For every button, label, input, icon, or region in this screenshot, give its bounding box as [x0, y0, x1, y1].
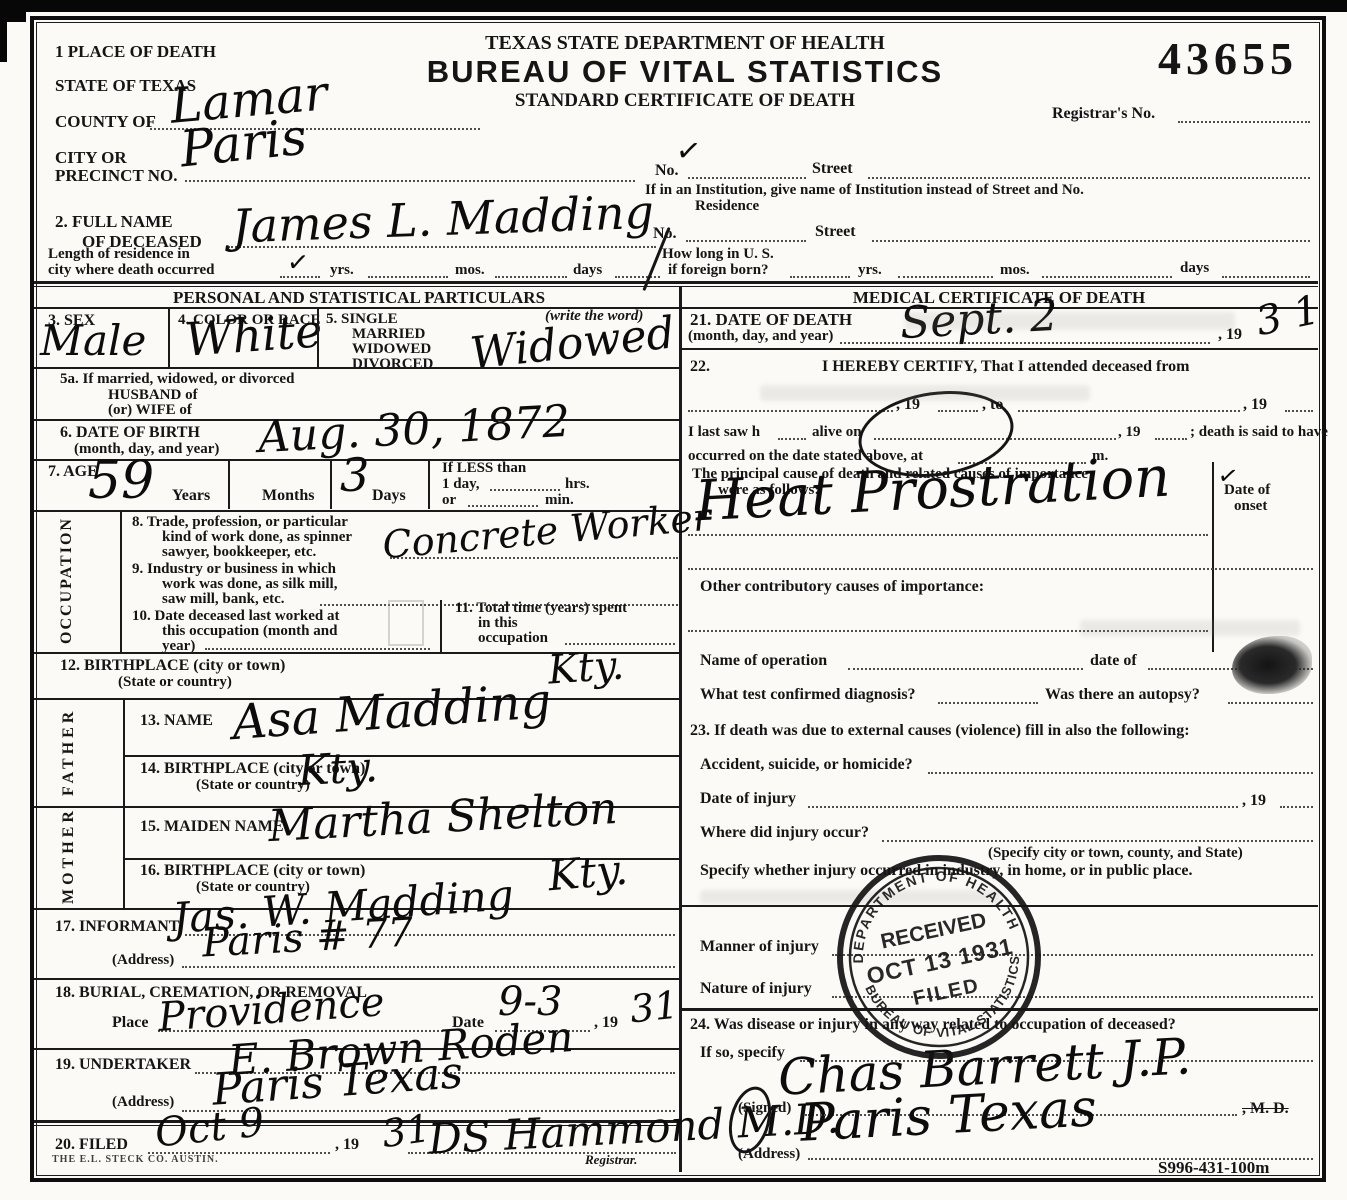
cell-divider-1 — [168, 309, 170, 367]
age-years-label: Years — [172, 487, 210, 505]
us-length-label-2: if foreign born? — [668, 262, 769, 279]
undertaker-label: 19. UNDERTAKER — [55, 1056, 191, 1074]
q23-label: 23. If death was due to external causes … — [690, 722, 1190, 740]
registrar-no-label: Registrar's No. — [1052, 105, 1155, 123]
specify-city-note: (Specify city or town, county, and State… — [988, 845, 1243, 862]
s5a-label-1: 5a. If married, widowed, or divorced — [60, 371, 294, 388]
city-handwritten-value: Paris — [178, 112, 309, 175]
place-of-death-label: 1 PLACE OF DEATH — [55, 42, 216, 62]
marital-label-4: DIVORCED — [352, 356, 433, 373]
standard-title: STANDARD CERTIFICATE OF DEATH — [420, 90, 950, 112]
injury-date-line — [808, 806, 1238, 808]
city-street-label: Street — [812, 160, 853, 178]
bp12-handwritten: Kty. — [547, 645, 626, 690]
city-no-line — [688, 177, 806, 179]
informant-addr-handwritten: Paris # 77 — [201, 912, 414, 963]
certificate-number: 43655 — [1158, 32, 1298, 85]
ifso-label: If so, specify — [700, 1044, 785, 1062]
autopsy-line — [1228, 702, 1313, 704]
age-divider-1 — [228, 459, 230, 509]
mother-bp-label-1: 16. BIRTHPLACE (city or town) — [140, 862, 365, 880]
residence-no-line — [686, 240, 806, 242]
lastsaw-y19: , 19 — [1118, 424, 1141, 441]
full-name-label-1: 2. FULL NAME — [55, 212, 173, 232]
us-mos-label: mos. — [1000, 262, 1030, 279]
q22-number: 22. — [690, 358, 710, 376]
bureau-title: BUREAU OF VITAL STATISTICS — [380, 54, 990, 90]
residence-length-label-2: city where death occurred — [48, 262, 215, 279]
father-bp-label-2: (State or country) — [196, 777, 310, 794]
age-days-handwritten: 3 — [340, 452, 369, 498]
county-label: COUNTY OF — [55, 112, 156, 132]
us-yrs-label: yrs. — [858, 262, 882, 279]
bp12-label-1: 12. BIRTHPLACE (city or town) — [60, 657, 285, 675]
nature-label: Nature of injury — [700, 980, 812, 998]
city-blank-line — [185, 180, 635, 182]
operation-label: Name of operation — [700, 652, 827, 670]
age-min-line — [468, 505, 538, 507]
father-bp-handwritten: Kty. — [297, 746, 379, 792]
row-line-755 — [123, 755, 680, 757]
occ-divider-10-11 — [440, 600, 442, 652]
received-filed-stamp: DEPARTMENT OF HEALTH BUREAU OF VITAL STA… — [816, 834, 1063, 1081]
form-number: S996-431-100m — [1158, 1158, 1269, 1178]
cell-divider-2 — [317, 309, 319, 367]
us-days-label: days — [1180, 260, 1209, 277]
dod-label-1: 21. DATE OF DEATH — [690, 310, 852, 330]
sex-handwritten: Male — [40, 320, 146, 362]
bp12-label-2: (State or country) — [118, 674, 232, 691]
injury-y19-line — [1280, 806, 1313, 808]
injury-y19-label: , 19 — [1242, 792, 1266, 810]
bleedthrough-smudge-1 — [905, 312, 1235, 330]
age-divider-3 — [428, 459, 430, 509]
residence-street-line — [872, 240, 1310, 242]
med-addr-label: (Address) — [738, 1146, 800, 1163]
header-underline — [34, 307, 1318, 309]
accident-line — [928, 772, 1313, 774]
father-name-label: 13. NAME — [140, 712, 213, 730]
informant-addr-line — [182, 966, 675, 968]
res-mos-label: mos. — [455, 262, 485, 279]
test-label: What test confirmed diagnosis? — [700, 686, 916, 704]
res-yrs-line — [280, 276, 320, 278]
burial-y19-label: , 19 — [594, 1014, 618, 1032]
scan-edge-left — [0, 10, 7, 62]
age-years-handwritten: 59 — [88, 455, 154, 507]
md-label-struck: , M. D. — [1242, 1100, 1289, 1118]
accident-label: Accident, suicide, or homicide? — [700, 756, 913, 774]
certify-text: I HEREBY CERTIFY, That I attended deceas… — [822, 358, 1189, 376]
personal-section-header: PERSONAL AND STATISTICAL PARTICULARS — [38, 288, 680, 308]
contributory-label: Other contributory causes of importance: — [700, 578, 984, 596]
autopsy-label: Was there an autopsy? — [1045, 686, 1200, 704]
race-handwritten: White — [184, 307, 324, 362]
institution-note: If in an Institution, give name of Insti… — [645, 182, 1084, 199]
test-line — [938, 702, 1038, 704]
age-days-label: Days — [372, 487, 406, 505]
mother-vertical-label: MOTHER — [60, 808, 78, 904]
res-days-line2 — [615, 276, 660, 278]
parent-vlabel-divider — [123, 698, 125, 910]
onset-label-2: onset — [1234, 498, 1267, 515]
occ9-line3: saw mill, bank, etc. — [162, 591, 285, 608]
dept-title: TEXAS STATE DEPARTMENT OF HEALTH — [420, 32, 950, 55]
dateof-label: date of — [1090, 652, 1137, 670]
s5a-label-3: (or) WIFE of — [108, 402, 192, 419]
us-mos-line — [898, 276, 993, 278]
bleedthrough-smudge-2 — [760, 385, 1090, 401]
city-no-label: No. — [655, 162, 679, 180]
city-label-1: CITY OR — [55, 148, 127, 168]
certify-y19b: , 19 — [1243, 396, 1267, 414]
certify-y19b-line — [1285, 410, 1313, 412]
faint-stamp-mark — [388, 600, 424, 646]
dod-label-2: (month, day, and year) — [688, 328, 833, 345]
occ8-line3: sawyer, bookkeeper, etc. — [162, 544, 316, 561]
occ11-line3: occupation — [478, 630, 548, 647]
mother-maiden-label: 15. MAIDEN NAME — [140, 818, 284, 836]
injury-where-line — [882, 840, 1313, 842]
undertaker-addr-label: (Address) — [112, 1094, 174, 1111]
row-line-978 — [34, 978, 680, 980]
us-yrs-line — [790, 276, 850, 278]
mother-bp-handwritten: Kty. — [546, 849, 629, 898]
filed-year-handwritten: 31 — [380, 1109, 433, 1153]
res-days-line — [495, 276, 567, 278]
injury-date-label: Date of injury — [700, 790, 796, 808]
section-rule-thin — [34, 286, 1318, 287]
informant-addr-label: (Address) — [112, 952, 174, 969]
father-vertical-label: FATHER — [60, 702, 78, 802]
checkmark-residence: ✓ — [285, 247, 310, 279]
res-yrs-label: yrs. — [330, 262, 354, 279]
residence-street-label: Street — [815, 223, 856, 241]
res-days-label: days — [573, 262, 602, 279]
manner-label: Manner of injury — [700, 938, 819, 956]
age-hrs-label: hrs. — [565, 476, 590, 493]
registrar-label: Registrar. — [585, 1152, 637, 1168]
age-less-label-2: 1 day, — [442, 476, 480, 493]
age-less-label-1: If LESS than — [442, 460, 526, 477]
registrar-no-line — [1178, 121, 1310, 123]
age-hrs-line — [490, 489, 560, 491]
row-line-367 — [34, 367, 680, 369]
informant-label: 17. INFORMANT — [55, 918, 179, 936]
aliveon-text: alive on — [812, 424, 862, 441]
full-name-handwritten: James L. Madding — [231, 189, 654, 250]
section-rule-heavy — [34, 281, 1318, 284]
injury-where-label: Where did injury occur? — [700, 824, 869, 842]
occupation-vlabel-divider — [120, 510, 122, 652]
res-mos-line — [368, 276, 448, 278]
row-line-348r — [680, 348, 1318, 350]
certify-from-line — [688, 410, 893, 412]
printer-credit: THE E.L. STECK CO. AUSTIN. — [52, 1154, 219, 1165]
burial-place-label: Place — [112, 1014, 148, 1032]
operation-line — [848, 668, 1083, 670]
residence-label: Residence — [695, 198, 759, 215]
filed-date-handwritten: Oct 9 — [153, 1102, 266, 1153]
filed-label: 20. FILED — [55, 1136, 128, 1154]
lastsaw-y19-line — [1155, 438, 1187, 440]
occ10-line-blank — [205, 648, 430, 650]
scan-edge-top — [0, 0, 1347, 12]
lastsaw-text: I last saw h — [688, 424, 760, 441]
cause-line-2 — [688, 568, 1313, 570]
occupation-vertical-label: OCCUPATION — [58, 514, 76, 648]
us-days-line — [1042, 276, 1172, 278]
death-certificate-scan: 1 PLACE OF DEATH STATE OF TEXAS COUNTY O… — [0, 0, 1347, 1200]
dob-label-1: 6. DATE OF BIRTH — [60, 424, 200, 442]
cause-line-1 — [688, 534, 1208, 536]
certify-to-line — [1018, 410, 1240, 412]
residence-length-label-1: Length of residence in — [48, 246, 190, 263]
saidtohave-text: ; death is said to have — [1190, 424, 1328, 441]
burial-year-handwritten: 31 — [628, 986, 680, 1029]
age-or-label: or — [442, 492, 456, 509]
us-length-label-1: How long in U. S. — [662, 246, 774, 263]
age-divider-2 — [330, 459, 332, 509]
city-street-line — [868, 177, 1310, 179]
lastsaw-h-line — [778, 438, 806, 440]
med-addr-handwritten: Paris Texas — [799, 1082, 1098, 1149]
city-label-2: PRECINCT NO. — [55, 166, 177, 186]
age-months-label: Months — [262, 487, 314, 505]
us-days-line2 — [1222, 276, 1310, 278]
filed-y19-label: , 19 — [335, 1136, 359, 1154]
bleedthrough-smudge-3 — [1080, 620, 1300, 636]
stamp-filed-text: FILED — [911, 974, 982, 1010]
